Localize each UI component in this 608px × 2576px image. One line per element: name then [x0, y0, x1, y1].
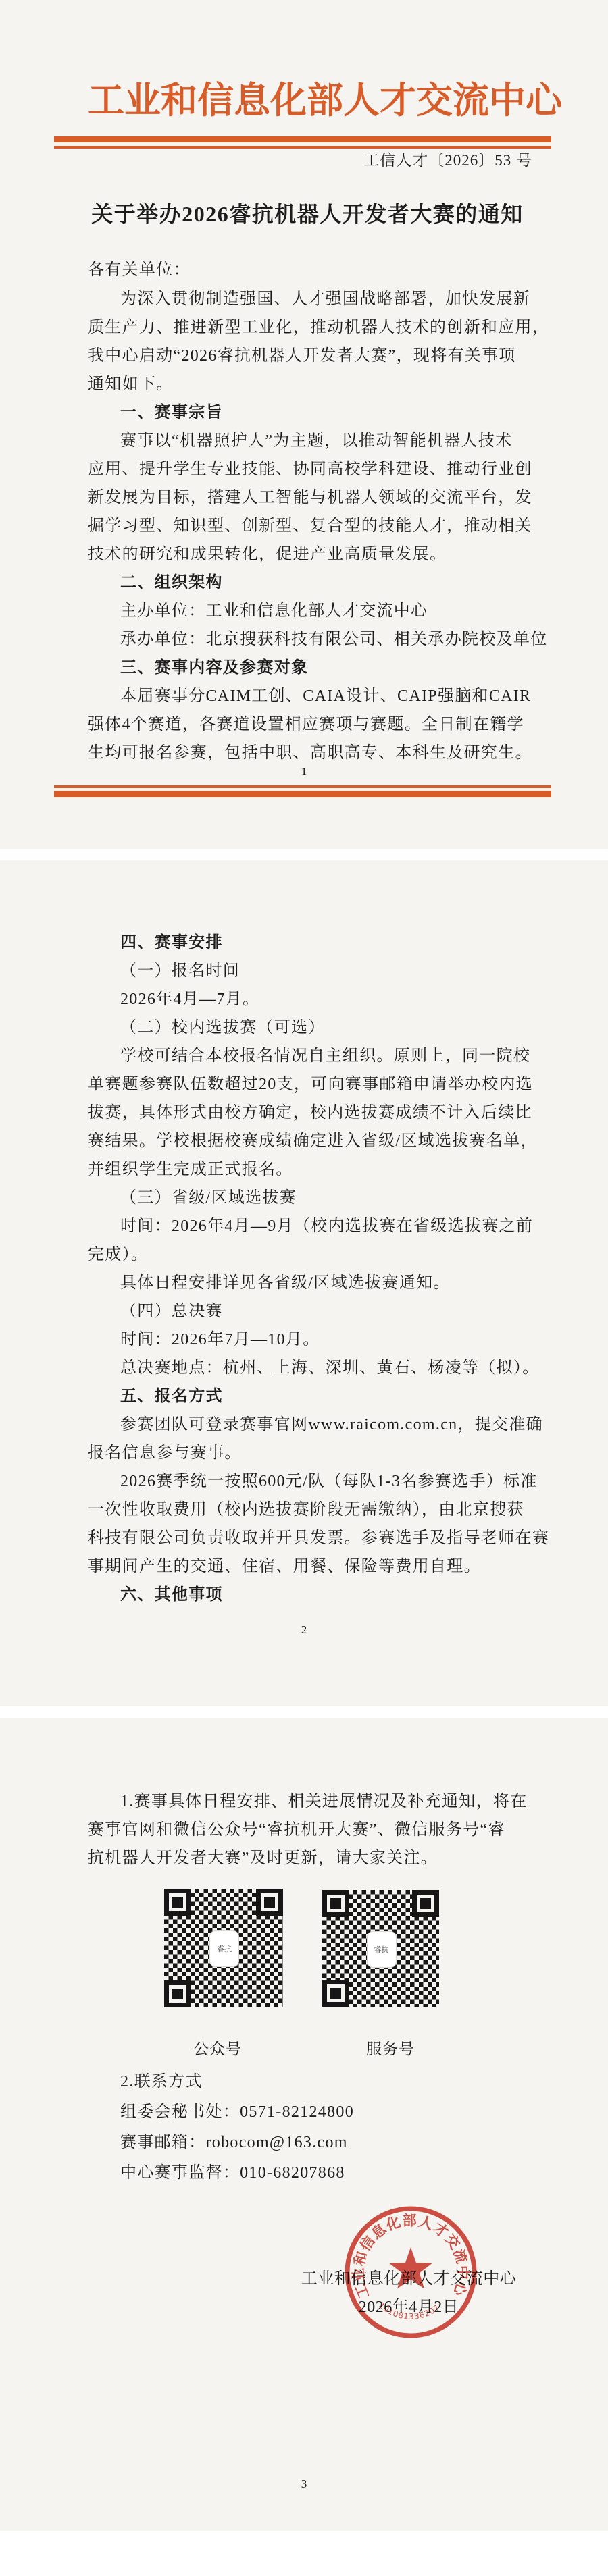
- body-line: 单赛题参赛队伍数超过20支，可向赛事邮箱申请举办校内选: [88, 1074, 532, 1095]
- official-seal: 工业和信息化部人才交流中心 101081336207: [343, 2205, 478, 2340]
- body-line: 抗机器人开发者大赛”及时更新，请大家关注。: [88, 1847, 532, 1869]
- letterhead-rule-thick: [54, 136, 551, 142]
- qr-label-service: 服务号: [343, 2039, 438, 2060]
- section-heading-5: 五、报名方式: [88, 1386, 532, 1407]
- body-line: 一次性收取费用（校内选拔赛阶段无需缴纳），由北京搜获: [88, 1499, 532, 1521]
- body-line: 赛结果。学校根据校赛成绩确定进入省级/区域选拔赛名单，: [88, 1130, 532, 1152]
- seal-star-icon: [389, 2247, 433, 2289]
- document-title: 关于举办2026睿抗机器人开发者大赛的通知: [68, 200, 547, 228]
- body-line: 应用、提升学生专业技能、协同高校学科建设、推动行业创: [88, 458, 532, 480]
- body-line: 参赛团队可登录赛事官网www.raicom.com.cn，提交准确: [88, 1414, 532, 1436]
- section-heading-3: 三、赛事内容及参赛对象: [88, 657, 532, 679]
- page-number-1: 1: [88, 764, 520, 780]
- body-line: 学校可结合本校报名情况自主组织。原则上，同一院校: [88, 1045, 532, 1067]
- document-number: 工信人才〔2026〕53 号: [88, 150, 532, 172]
- qrcode-service-account: 睿抗: [322, 1890, 439, 2007]
- body-line: 承办单位：北京搜获科技有限公司、相关承办院校及单位: [88, 629, 532, 650]
- body-line: 掘学习型、知识型、创新型、复合型的技能人才，推动相关: [88, 515, 532, 537]
- scanned-official-notice: 工业和信息化部人才交流中心 工信人才〔2026〕53 号 关于举办2026睿抗机…: [0, 0, 608, 2576]
- page-number-3: 3: [88, 2476, 520, 2492]
- body-line: 赛事以“机器照护人”为主题，以推动智能机器人技术: [88, 430, 532, 452]
- section-heading-4: 四、赛事安排: [88, 932, 532, 953]
- body-line: 科技有限公司负责收取并开具发票。参赛选手及指导老师在赛: [88, 1527, 532, 1549]
- footer-rule-thick: [54, 791, 551, 797]
- contact-heading: 2.联系方式: [88, 2071, 532, 2093]
- body-line: 1.赛事具体日程安排、相关进展情况及补充通知，将在: [88, 1791, 532, 1812]
- body-line: 事期间产生的交通、住宿、用餐、保险等费用自理。: [88, 1556, 532, 1577]
- qr-finder-icon: [322, 1890, 349, 1917]
- seal-code-text: 101081336207: [377, 2301, 441, 2321]
- letterhead-org-title: 工业和信息化部人才交流中心: [88, 80, 527, 122]
- body-line: 完成）。: [88, 1244, 532, 1265]
- body-line: 并组织学生完成正式报名。: [88, 1159, 532, 1180]
- body-line: 质生产力、推进新型工业化，推动机器人技术的创新和应用，: [88, 317, 532, 338]
- body-line: 强体4个赛道，各赛道设置相应赛项与赛题。全日制在籍学: [88, 714, 532, 735]
- contact-phone-secretariat: 组委会秘书处：0571-82124800: [88, 2101, 532, 2123]
- contact-email: 赛事邮箱：robocom@163.com: [88, 2132, 532, 2153]
- body-line: 新发展为目标，搭建人工智能与机器人领域的交流平台，发: [88, 487, 532, 508]
- qr-finder-icon: [164, 1980, 191, 2007]
- svg-text:101081336207: 101081336207: [377, 2301, 441, 2321]
- body-line: 通知如下。: [88, 373, 532, 395]
- body-line: 时间：2026年4月—9月（校内选拔赛在省级选拔赛之前: [88, 1215, 532, 1237]
- qr-finder-icon: [256, 1889, 283, 1916]
- qrcode-public-account: 睿抗: [164, 1889, 283, 2007]
- body-line: 时间：2026年7月—10月。: [88, 1329, 532, 1350]
- body-line: 总决赛地点：杭州、上海、深圳、黄石、杨凌等（拟）。: [88, 1357, 532, 1379]
- body-line: 本届赛事分CAIM工创、CAIA设计、CAIP强脑和CAIR: [88, 685, 532, 707]
- body-line: 生均可报名参赛，包括中职、高职高专、本科生及研究生。: [88, 742, 532, 764]
- qr-label-public: 公众号: [170, 2039, 265, 2060]
- page-separator: [0, 849, 608, 860]
- qr-finder-icon: [164, 1889, 191, 1916]
- section-heading-6: 六、其他事项: [88, 1584, 532, 1606]
- qr-finder-icon: [322, 1980, 349, 2007]
- letterhead-rule-thin: [54, 146, 551, 149]
- body-line: 为深入贯彻制造强国、人才强国战略部署，加快发展新: [88, 288, 532, 310]
- salutation: 各有关单位：: [88, 259, 532, 281]
- section-heading-1: 一、赛事宗旨: [88, 402, 532, 423]
- qr-finder-icon: [412, 1890, 439, 1917]
- body-line: 赛事官网和微信公众号“睿抗机开大赛”、微信服务号“睿: [88, 1819, 532, 1841]
- page-separator: [0, 1706, 608, 1718]
- body-line: 2026年4月—7月。: [88, 989, 532, 1010]
- footer-rule-thin: [54, 785, 551, 788]
- qr-center-logo: 睿抗: [209, 1930, 239, 1967]
- sub-heading: （四）总决赛: [88, 1300, 532, 1322]
- body-line: 具体日程安排详见各省级/区域选拔赛通知。: [88, 1272, 532, 1294]
- qr-center-logo: 睿抗: [367, 1931, 397, 1968]
- section-heading-2: 二、组织架构: [88, 572, 532, 594]
- sub-heading: （二）校内选拔赛（可选）: [88, 1017, 532, 1039]
- body-line: 2026赛季统一按照600元/队（每队1-3名参赛选手）标准: [88, 1471, 532, 1492]
- body-line: 我中心启动“2026睿抗机器人开发者大赛”，现将有关事项: [88, 345, 532, 367]
- body-line: 技术的研究和成果转化，促进产业高质量发展。: [88, 544, 532, 565]
- sub-heading: （一）报名时间: [88, 960, 532, 982]
- body-line: 主办单位：工业和信息化部人才交流中心: [88, 600, 532, 622]
- body-line: 报名信息参与赛事。: [88, 1442, 532, 1464]
- sub-heading: （三）省级/区域选拔赛: [88, 1187, 532, 1209]
- page-number-2: 2: [88, 1622, 520, 1638]
- contact-phone-supervision: 中心赛事监督：010-68207868: [88, 2162, 532, 2184]
- body-line: 拔赛，具体形式由校方确定，校内选拔赛成绩不计入后续比: [88, 1102, 532, 1124]
- page-bottom-strip: [0, 2531, 608, 2576]
